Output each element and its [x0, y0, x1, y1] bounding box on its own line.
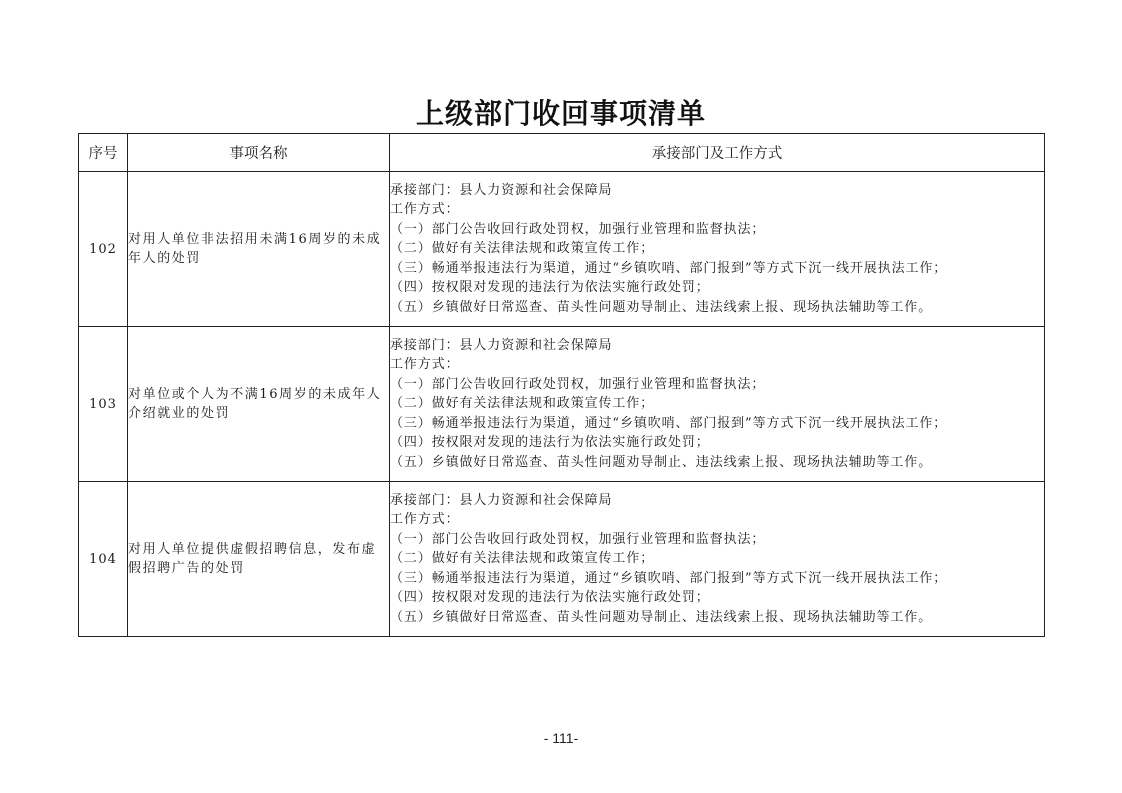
detail-item: （一）部门公告收回行政处罚权，加强行业管理和监督执法； — [390, 220, 1044, 239]
table-row: 103 对单位或个人为不满16周岁的未成年人介绍就业的处罚 承接部门：县人力资源… — [79, 327, 1045, 482]
row-detail: 承接部门：县人力资源和社会保障局 工作方式： （一）部门公告收回行政处罚权，加强… — [390, 482, 1045, 637]
row-seq: 102 — [79, 172, 128, 327]
detail-item: （三）畅通举报违法行为渠道，通过“乡镇吹哨、部门报到”等方式下沉一线开展执法工作… — [390, 569, 1044, 588]
detail-item: （三）畅通举报违法行为渠道，通过“乡镇吹哨、部门报到”等方式下沉一线开展执法工作… — [390, 414, 1044, 433]
detail-method-label: 工作方式： — [390, 200, 1044, 219]
detail-item: （五）乡镇做好日常巡查、苗头性问题劝导制止、违法线索上报、现场执法辅助等工作。 — [390, 453, 1044, 472]
detail-item: （五）乡镇做好日常巡查、苗头性问题劝导制止、违法线索上报、现场执法辅助等工作。 — [390, 298, 1044, 317]
detail-dept: 承接部门：县人力资源和社会保障局 — [390, 336, 1044, 355]
detail-item: （四）按权限对发现的违法行为依法实施行政处罚； — [390, 588, 1044, 607]
document-title: 上级部门收回事项清单 — [0, 92, 1122, 132]
detail-item: （二）做好有关法律法规和政策宣传工作； — [390, 394, 1044, 413]
detail-item: （一）部门公告收回行政处罚权，加强行业管理和监督执法； — [390, 375, 1044, 394]
detail-dept: 承接部门：县人力资源和社会保障局 — [390, 181, 1044, 200]
recalled-items-table: 序号 事项名称 承接部门及工作方式 102 对用人单位非法招用未满16周岁的未成… — [78, 133, 1045, 637]
detail-item: （二）做好有关法律法规和政策宣传工作； — [390, 239, 1044, 258]
detail-method-label: 工作方式： — [390, 510, 1044, 529]
detail-item: （五）乡镇做好日常巡查、苗头性问题劝导制止、违法线索上报、现场执法辅助等工作。 — [390, 608, 1044, 627]
table-row: 102 对用人单位非法招用未满16周岁的未成年人的处罚 承接部门：县人力资源和社… — [79, 172, 1045, 327]
table-row: 104 对用人单位提供虚假招聘信息，发布虚假招聘广告的处罚 承接部门：县人力资源… — [79, 482, 1045, 637]
detail-item: （二）做好有关法律法规和政策宣传工作； — [390, 549, 1044, 568]
row-item-name: 对用人单位非法招用未满16周岁的未成年人的处罚 — [128, 172, 390, 327]
row-item-name: 对单位或个人为不满16周岁的未成年人介绍就业的处罚 — [128, 327, 390, 482]
row-detail: 承接部门：县人力资源和社会保障局 工作方式： （一）部门公告收回行政处罚权，加强… — [390, 172, 1045, 327]
table-header-row: 序号 事项名称 承接部门及工作方式 — [79, 134, 1045, 172]
detail-dept: 承接部门：县人力资源和社会保障局 — [390, 491, 1044, 510]
detail-method-label: 工作方式： — [390, 355, 1044, 374]
header-seq: 序号 — [79, 134, 128, 172]
detail-item: （三）畅通举报违法行为渠道，通过“乡镇吹哨、部门报到”等方式下沉一线开展执法工作… — [390, 259, 1044, 278]
detail-item: （四）按权限对发现的违法行为依法实施行政处罚； — [390, 278, 1044, 297]
row-detail: 承接部门：县人力资源和社会保障局 工作方式： （一）部门公告收回行政处罚权，加强… — [390, 327, 1045, 482]
header-dept-and-method: 承接部门及工作方式 — [390, 134, 1045, 172]
detail-item: （一）部门公告收回行政处罚权，加强行业管理和监督执法； — [390, 530, 1044, 549]
detail-item: （四）按权限对发现的违法行为依法实施行政处罚； — [390, 433, 1044, 452]
header-item-name: 事项名称 — [128, 134, 390, 172]
page-number: - 111- — [0, 730, 1122, 746]
row-seq: 103 — [79, 327, 128, 482]
row-item-name: 对用人单位提供虚假招聘信息，发布虚假招聘广告的处罚 — [128, 482, 390, 637]
row-seq: 104 — [79, 482, 128, 637]
